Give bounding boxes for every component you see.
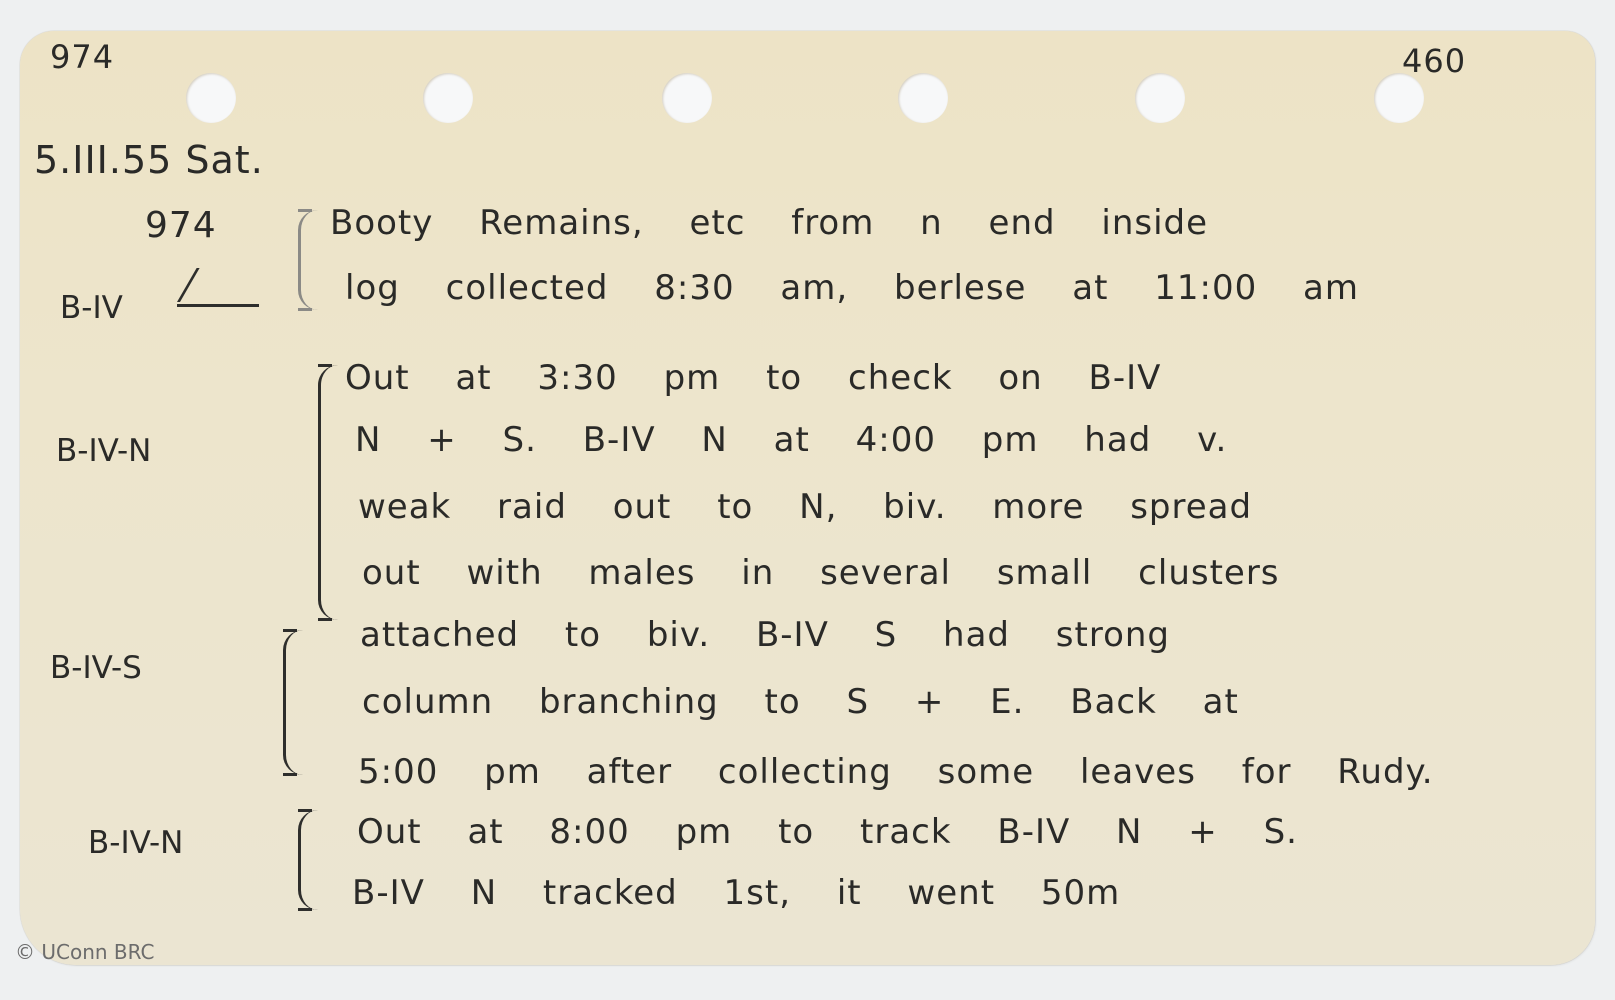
note-line: out with males in several small clusters [362, 553, 1280, 593]
punch-hole [423, 73, 473, 123]
brace-icon [298, 810, 319, 910]
margin-label-b4: B-IV [60, 290, 123, 326]
note-line: N + S. B-IV N at 4:00 pm had v. [355, 420, 1227, 460]
arrow-icon [177, 268, 259, 307]
entry-date: 5.III.55 Sat. [34, 138, 264, 182]
margin-label-b4-n: B-IV-N [56, 433, 151, 469]
note-line: log collected 8:30 am, berlese at 11:00 … [345, 268, 1359, 308]
card-number-top-left: 974 [50, 38, 114, 76]
punch-hole [186, 73, 236, 123]
punch-hole [898, 73, 948, 123]
brace-icon [283, 630, 304, 775]
punch-hole [1135, 73, 1185, 123]
copyright-watermark: © UConn BRC [15, 940, 155, 964]
note-line: Booty Remains, etc from n end inside [330, 203, 1208, 243]
note-line: weak raid out to N, biv. more spread [358, 487, 1252, 527]
punch-hole [1374, 73, 1424, 123]
note-line: column branching to S + E. Back at [362, 682, 1239, 722]
note-line: Out at 3:30 pm to check on B-IV [345, 358, 1161, 398]
brace-icon [318, 365, 339, 620]
punch-hole [662, 73, 712, 123]
card-number-top-right: 460 [1402, 42, 1466, 80]
entry-number: 974 [145, 205, 217, 246]
margin-label-b4-n-2: B-IV-N [88, 825, 183, 861]
note-line: Out at 8:00 pm to track B-IV N + S. [357, 812, 1298, 852]
note-line: 5:00 pm after collecting some leaves for… [358, 752, 1434, 792]
brace-icon [298, 210, 319, 310]
note-line: attached to biv. B-IV S had strong [360, 615, 1170, 655]
margin-label-b4-s: B-IV-S [50, 650, 142, 686]
note-line: B-IV N tracked 1st, it went 50m [352, 873, 1120, 913]
